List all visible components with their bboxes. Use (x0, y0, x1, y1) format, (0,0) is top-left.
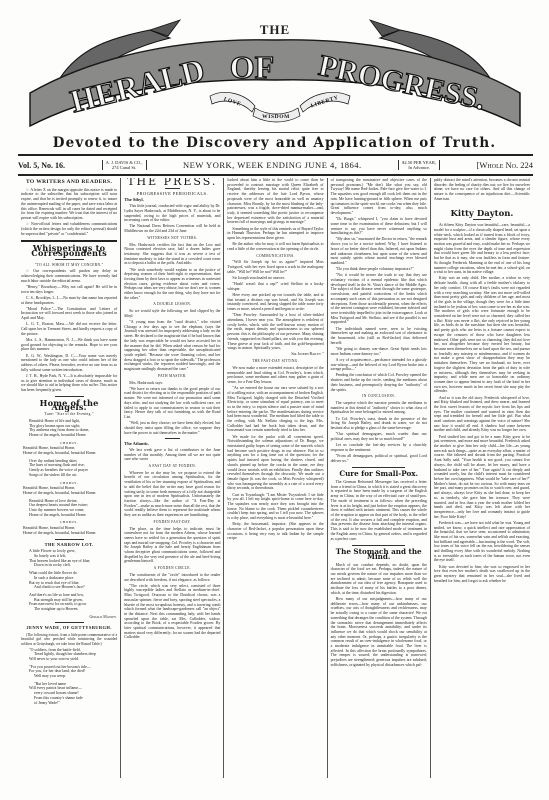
column-3: looked about him a little in the world t… (224, 178, 327, 778)
issue-date: NEW YORK, WEEK ENDING JUNE 4, 1864. (183, 160, 362, 170)
heading-home-of-angels: Home of the Angels. (21, 401, 117, 410)
correspondent-note: L. G. T., Boston, Mass.—We did not recei… (21, 322, 117, 336)
heading-writers-readers: TO WRITERS AND READERS. (21, 180, 117, 185)
heading-whisperings: Whisperings to Correspondents (21, 246, 117, 255)
article-paragraph: "From all demagogues, political or spiri… (331, 454, 427, 463)
subheading-periodicals: PROGRESSIVE PERIODICALS. (124, 192, 220, 197)
article-paragraph: How many of our misjudgments—how many of… (331, 597, 427, 668)
article-paragraph: Kitty was an only child. Her mother, a w… (434, 276, 530, 394)
article-columns: TO WRITERS AND READERS. ☞ A letter X on … (18, 178, 533, 778)
article-paragraph: Curt as Toyanlaugh: "I am Mister Twysisl… (227, 493, 323, 521)
masthead: THE HERALD OF PROGRESS. LOVE WISDOM LIBE… (20, 8, 530, 128)
article-paragraph: "We have to return our thanks to the goo… (124, 387, 220, 420)
subheading-foxden-fast-day: FOXDEN FAST-DAY. (124, 520, 220, 525)
article-paragraph: Mrs. Hasbrouck says: (124, 381, 220, 386)
subheading-foxden-circle: A FOXDEN CIRCLE. (124, 566, 220, 571)
chorus-lines: Beautiful Home, beautiful Home, Home of … (23, 526, 117, 535)
subheading-path-master: PATH MASTER. (124, 374, 220, 379)
article-paragraph: "No; it would be nearer the truth to say… (331, 273, 427, 325)
article-paragraph: "Well, just as they choose; we have been… (124, 421, 220, 435)
heading-sibyl: The Sibyl. (124, 198, 220, 203)
heading-atlantic: The Atlantic. (124, 442, 220, 447)
article-paragraph: "We wish somebody would explain to us th… (124, 268, 220, 301)
article-paragraph: "A young man from the "rural district," … (124, 320, 220, 372)
divider (165, 438, 179, 439)
chorus-lines: Beautiful Home, beautiful Home, Home of … (23, 446, 117, 455)
article-paragraph: Here every one pricked up ear towards th… (227, 293, 323, 312)
whisperings-subtitle: "TO ALL WHOM IT MAY CONCERN." (21, 263, 117, 268)
article-paragraph: Something in the style of this reminds u… (227, 227, 323, 241)
title-of: OF (230, 49, 274, 85)
whole-number: [Whole No. 224 (477, 160, 533, 170)
correspondent-note: E. G. W., Washington, D. C.—Your name wa… (21, 354, 117, 373)
notice-paragraph: ☞ A letter X on the margin opposite this… (21, 188, 117, 221)
article-paragraph: The place, as the time helps to indicate… (124, 527, 220, 565)
article-paragraph: Let us conclude the fast-day services by… (331, 443, 427, 452)
article-paragraph: "The circle, which was very select, cons… (124, 584, 220, 640)
column-4: of transposing the nominative and object… (328, 178, 431, 778)
chorus-lines: Beautiful Home, beautiful Home, Home of … (23, 486, 117, 495)
divider (473, 219, 490, 220)
article-paragraph: The German Reformed Messenger has receiv… (331, 480, 427, 541)
heading-stomach-mind: The Stomach and the Mind. (331, 550, 427, 559)
masthead-banner-graphic: THE HERALD OF PROGRESS. LOVE WISDOM LIBE… (20, 8, 530, 128)
svg-text:THE: THE (260, 22, 290, 37)
masthead-underline (130, 132, 380, 133)
letter-signature: Sir Joseph Bailey." (227, 352, 323, 357)
column-1: TO WRITERS AND READERS. ☞ A letter X on … (18, 178, 121, 778)
correspondent-note: "Henry," Broadway.—Why not call again? H… (21, 285, 117, 294)
subheading-communications: COMMUNICATIONS. (227, 254, 323, 259)
article-paragraph: The National Dress Reform Convention wil… (124, 224, 220, 233)
subheading-in-conclusion: IN CONCLUSION. (331, 394, 427, 399)
poem-stanza: Beautiful Home of life and light, Thy gl… (29, 419, 117, 438)
dateline: Vol. 5, No. 16. A. J. DAVIS & CO., 274 C… (18, 158, 533, 172)
article-paragraph: At fifteen Kitty Dayton was beautiful—ra… (434, 223, 530, 275)
article-paragraph: "As we entered the house our ears were s… (227, 386, 323, 433)
article-paragraph: Fred studied law and got to be a man; Ki… (434, 435, 530, 520)
dateline-bottom-rule (18, 174, 533, 176)
correspondent-note: ☞ Our correspondents will pardon any del… (21, 269, 117, 283)
article-paragraph: of transposing the nominative and object… (331, 178, 427, 216)
poem-stanza: Over thy radiant bending skies The hues … (29, 459, 117, 478)
article-paragraph: Much of our conduct depends, no doubt, u… (331, 563, 427, 596)
chorus-label: CHORUS. (21, 520, 117, 525)
chorus-label: CHORUS. (21, 481, 117, 486)
svg-text:WISDOM: WISDOM (262, 114, 290, 120)
correspondent-note: C. S., Brooklyn, L. I.—No man by that na… (21, 296, 117, 305)
article-paragraph: Betty, the housemaid, impostor. (She app… (227, 522, 323, 541)
subheading-fast-day: A FAST DAY AT FOXDEN. (124, 464, 220, 469)
article-paragraph: "Dr. Burge," whispered I, "you claim to … (331, 217, 427, 236)
divider (55, 259, 84, 260)
article-paragraph: "Me going to danoey war-dance. Great Spi… (331, 347, 427, 356)
poem-author: Gerald Massey. (21, 615, 117, 620)
column-2: THE PRESS. PROGRESSIVE PERIODICALS. The … (121, 178, 224, 778)
article-paragraph: We made for the parlor with all convenie… (227, 435, 323, 491)
article-paragraph: "Dear Prowley: Surrounded by a host of s… (227, 313, 323, 351)
article-paragraph: "My dear sir," murmured the Doctor in re… (331, 237, 427, 265)
divider (352, 545, 405, 546)
article-paragraph: So we would style the following we find … (124, 309, 220, 318)
article-paragraph: And so it was the old story. Frederick w… (434, 396, 530, 434)
poem-stanza: Beautiful Home of love divine, Our deepe… (29, 499, 117, 518)
article-paragraph: pably distract the mind's attention, bec… (434, 178, 530, 202)
tagline: Devoted to the Discovery and Application… (0, 135, 549, 151)
poem-stanza: And there's no life so lone and low, But… (29, 593, 117, 612)
article-paragraph: We last week gave a list of contributors… (124, 448, 220, 462)
subscription-price: $2.50 PER YEAR, In Advance. (398, 160, 440, 170)
heading-kitty-dayton: Kitty Dayton. (434, 212, 530, 217)
column-5: pably distract the mind's attention, bec… (431, 178, 533, 778)
divider (55, 539, 84, 540)
dateline-top-rule (18, 154, 533, 156)
article-paragraph: The individuals named were, seen to be t… (331, 327, 427, 346)
notice-paragraph: ☞ Non-official letters and valuableness … (21, 222, 117, 236)
publisher-info: A. J. DAVIS & CO., 274 Canal St. (102, 160, 147, 170)
article-paragraph: "Will Sir Joseph tip for us again?" inqu… (227, 260, 323, 274)
heading-cure-small-pox: Cure for Small-Pox. (331, 472, 427, 477)
subheading-witnesses: WITNESSES NOT VOTERS. (124, 236, 220, 241)
correspondent-note: "Moral Police."—The Constitution and Let… (21, 307, 117, 321)
article-paragraph: Mrs. Hasbrouck certifies the fact that o… (124, 243, 220, 267)
article-paragraph: "Our spiritual demagogues, much crueler … (331, 432, 427, 441)
poem-stanza: "O soldiers, from the battle-field, Trea… (29, 648, 117, 662)
heading-the-press: THE PRESS. (124, 180, 220, 185)
article-paragraph: "Hush! wasn't that a rap?" cried Stellat… (227, 282, 323, 291)
divider (55, 622, 84, 623)
heading-jenny-wade: JENNY WADE, OF GETTYSBURGH. (21, 626, 117, 631)
article-paragraph: Whoever he or she may be, we propose to … (124, 471, 220, 518)
article-paragraph: Pending the conclusion of which Col. Pro… (331, 373, 427, 392)
article-paragraph: Sir Joseph vouchsafed no answer. (227, 276, 323, 281)
correspondent-note: J. T. H., Hyde Park, N. Y.—It is absolut… (21, 374, 117, 393)
article-paragraph: To Col. Prowley's toast, drunk in the pr… (331, 417, 427, 431)
correspondent-note: Mrs. L. S., Hammonton, N. J.—We think yo… (21, 338, 117, 352)
poem-stanza: "But her loved name Will every patriot h… (29, 682, 117, 706)
subheading-double-lesson: A DOUBLE LESSON. (124, 302, 220, 307)
poem-stanza: What could the little flower do In such … (29, 571, 117, 590)
poem-stanza: "For you poured out her bosom's tide— Fo… (29, 665, 117, 679)
article-paragraph: Be the author who he may, it will not ha… (227, 242, 323, 251)
article-paragraph: Frederick was—we have not told what he w… (434, 521, 530, 563)
poem-stanza: A little Flower so lowly grew, So lonely… (29, 549, 117, 568)
divider (352, 467, 405, 468)
article-paragraph: Kitty was devoted to him; she was so eng… (434, 565, 530, 584)
article-paragraph: The constituents of the "circle" introdu… (124, 573, 220, 582)
article-paragraph: The surprise which the narrator permits … (331, 401, 427, 415)
heading-narrow-lot: THE NARROW LOT. (21, 543, 117, 548)
volume-number: Vol. 5, No. 16. (18, 161, 65, 170)
chorus-label: CHORUS. (21, 441, 117, 446)
article-paragraph: This little journal, conducted with vigo… (124, 204, 220, 223)
article-paragraph: We now make a more extended extract, des… (227, 366, 323, 385)
newspaper-page: THE HERALD OF PROGRESS. LOVE WISDOM LIBE… (0, 0, 549, 800)
section-rule (21, 240, 117, 242)
article-paragraph: "Do you think these people voluntary imp… (331, 267, 427, 272)
article-paragraph: looked about him a little in the world t… (227, 178, 323, 225)
editorial-note: (The following extract, from a little po… (21, 633, 117, 646)
divider (55, 396, 84, 397)
article-paragraph: A cry of acquiescence—perchance intended… (331, 358, 427, 372)
tune-line: Tune: "Star of the Evening." (21, 412, 117, 417)
subheading-fast-day-sitting: THE FAST-DAY SITTING. (227, 359, 323, 364)
